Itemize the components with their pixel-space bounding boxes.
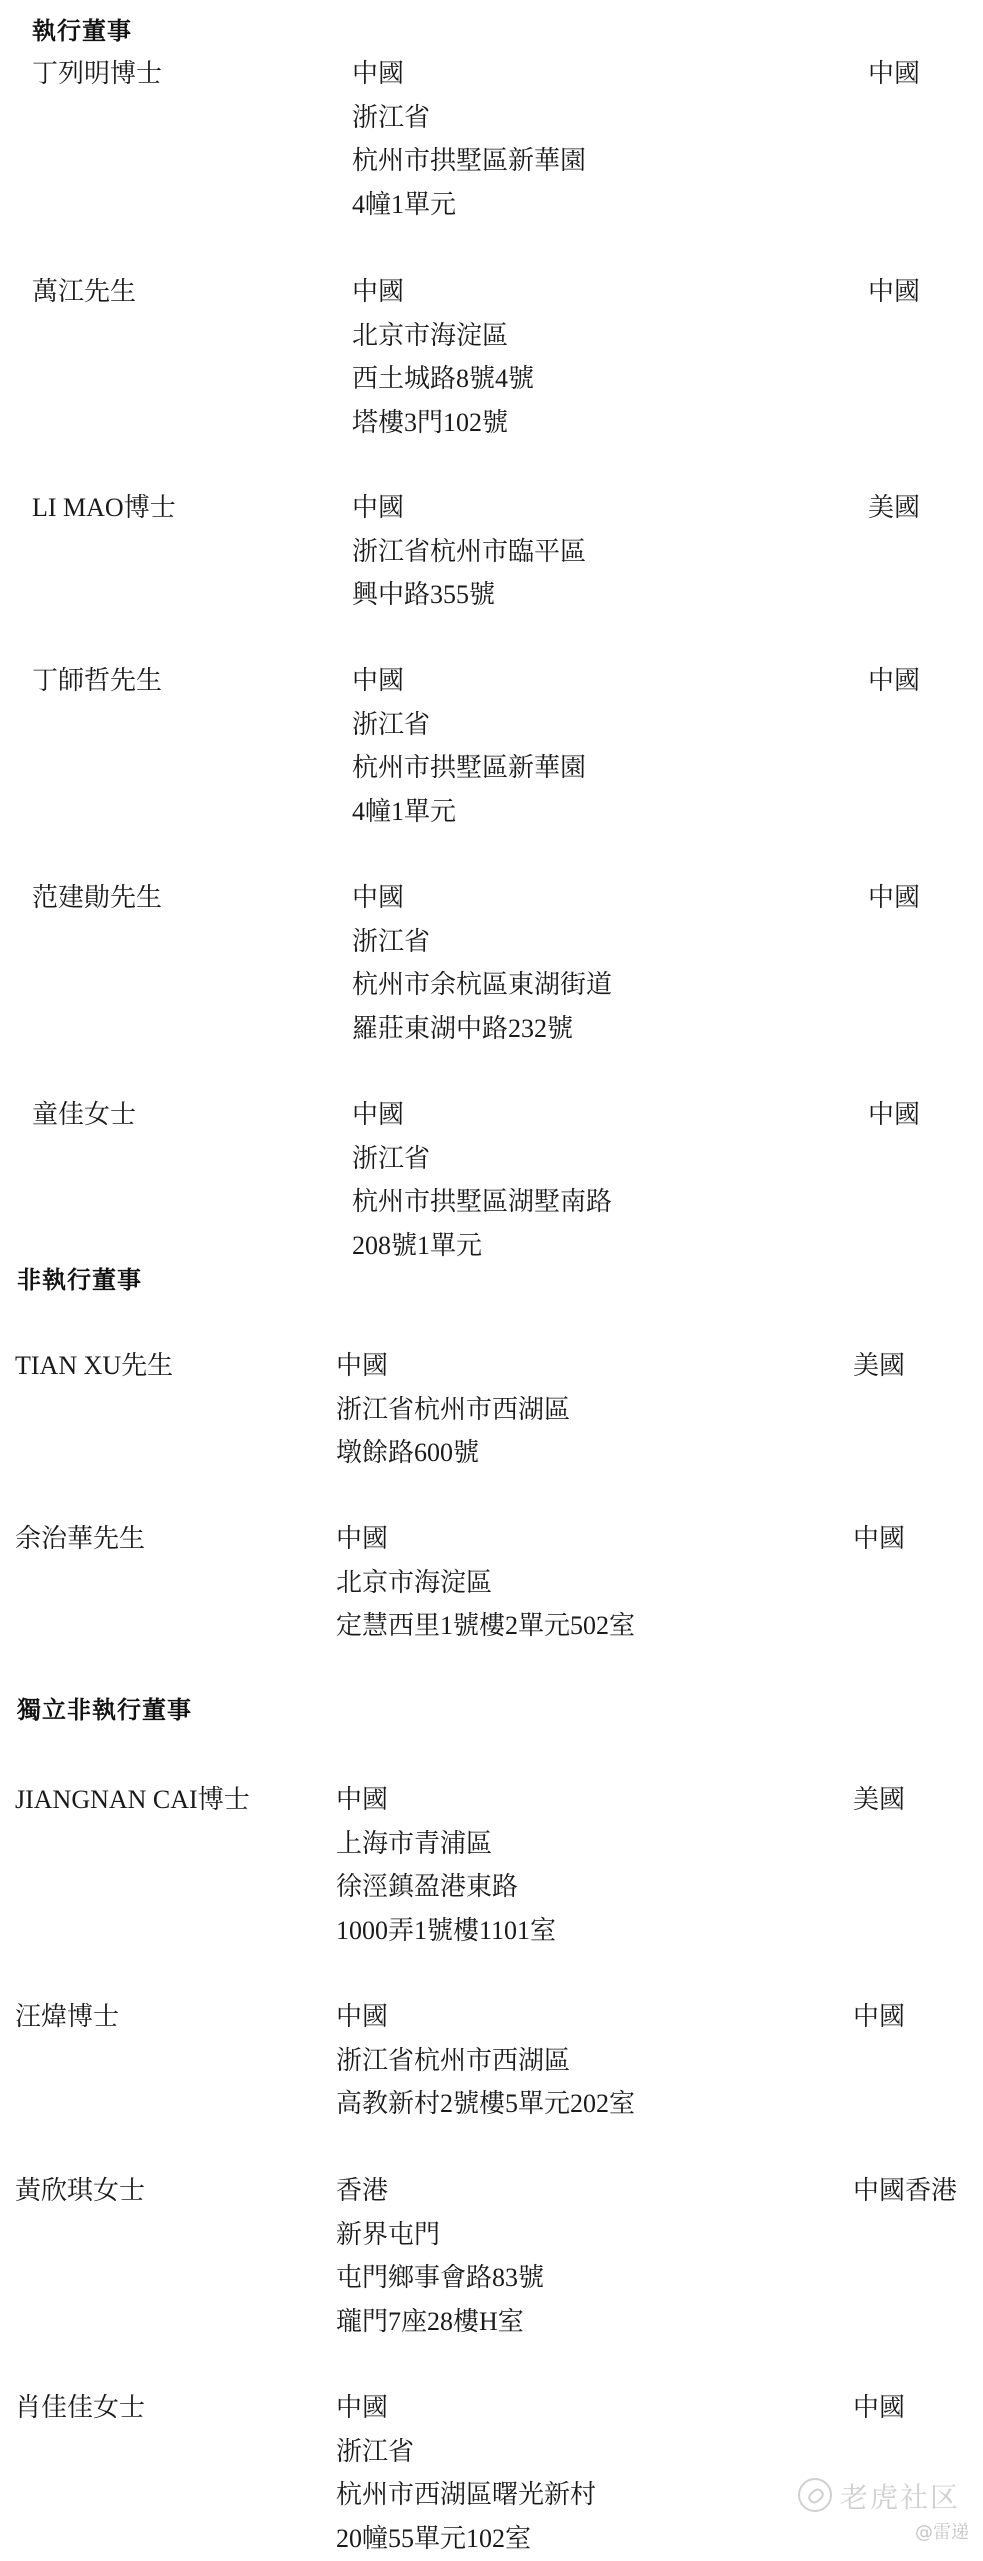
address-line: 4幢1單元 — [352, 790, 586, 834]
section-heading-executive-directors: 執行董事 — [32, 9, 132, 53]
director-name: 范建勛先生 — [32, 876, 162, 920]
director-entry: 汪煒博士 中國 浙江省杭州市西湖區 高教新村2號樓5單元202室 中國 — [0, 1995, 983, 2175]
address-line: 杭州市拱墅區湖墅南路 — [352, 1180, 612, 1224]
address-line: 中國 — [352, 1093, 612, 1137]
address-line: 北京市海淀區 — [352, 314, 534, 358]
address-line: 高教新村2號樓5單元202室 — [336, 2082, 635, 2126]
address-line: 1000弄1號樓1101室 — [336, 1909, 556, 1953]
director-name: 萬江先生 — [32, 270, 136, 314]
address-line: 浙江省 — [336, 2430, 596, 2474]
watermark-text: 老虎社区 — [840, 2476, 960, 2516]
address-line: 20幢55單元102室 — [336, 2517, 596, 2561]
address-line: 西土城路8號4號 — [352, 357, 534, 401]
address-line: 中國 — [352, 659, 586, 703]
address-line: 浙江省 — [352, 1137, 612, 1181]
director-entry: 丁列明博士 中國 浙江省 杭州市拱墅區新華園 4幢1單元 中國 — [0, 52, 983, 232]
director-entry: 萬江先生 中國 北京市海淀區 西土城路8號4號 塔樓3門102號 中國 — [0, 270, 983, 450]
director-name: JIANGNAN CAI博士 — [15, 1778, 250, 1822]
address-line: 中國 — [336, 2386, 596, 2430]
director-entry: 余治華先生 中國 北京市海淀區 定慧西里1號樓2單元502室 中國 — [0, 1517, 983, 1697]
director-entry: TIAN XU先生 中國 浙江省杭州市西湖區 墩餘路600號 美國 — [0, 1344, 983, 1524]
director-name: TIAN XU先生 — [15, 1344, 173, 1388]
director-nationality: 中國 — [868, 876, 920, 920]
address-line: 徐涇鎮盈港東路 — [336, 1865, 556, 1909]
address-line: 北京市海淀區 — [336, 1561, 635, 1605]
address-line: 中國 — [336, 1995, 635, 2039]
director-entry: 童佳女士 中國 浙江省 杭州市拱墅區湖墅南路 208號1單元 中國 — [0, 1093, 983, 1273]
address-line: 瓏門7座28樓H室 — [336, 2300, 544, 2344]
director-nationality: 中國 — [868, 52, 920, 96]
address-line: 中國 — [336, 1344, 570, 1388]
address-line: 杭州市西湖區曙光新村 — [336, 2473, 596, 2517]
director-name: 丁師哲先生 — [32, 659, 162, 703]
director-address: 中國 浙江省杭州市西湖區 高教新村2號樓5單元202室 — [336, 1995, 635, 2126]
director-nationality: 美國 — [853, 1778, 905, 1822]
address-line: 屯門鄉事會路83號 — [336, 2256, 544, 2300]
watermark-author: @雷递 — [915, 2518, 969, 2544]
address-line: 塔樓3門102號 — [352, 401, 534, 445]
address-line: 新界屯門 — [336, 2213, 544, 2257]
address-line: 定慧西里1號樓2單元502室 — [336, 1604, 635, 1648]
director-nationality: 中國 — [853, 1517, 905, 1561]
address-line: 浙江省 — [352, 703, 586, 747]
director-name: 童佳女士 — [32, 1093, 136, 1137]
director-address: 香港 新界屯門 屯門鄉事會路83號 瓏門7座28樓H室 — [336, 2169, 544, 2343]
address-line: 中國 — [352, 486, 586, 530]
director-nationality: 中國 — [868, 1093, 920, 1137]
director-entry: LI MAO博士 中國 浙江省杭州市臨平區 興中路355號 美國 — [0, 486, 983, 666]
address-line: 浙江省 — [352, 96, 586, 140]
director-entry: 丁師哲先生 中國 浙江省 杭州市拱墅區新華園 4幢1單元 中國 — [0, 659, 983, 839]
tiger-community-logo-icon — [798, 2478, 832, 2512]
director-nationality: 中國 — [868, 659, 920, 703]
director-name: LI MAO博士 — [32, 486, 176, 530]
director-nationality: 美國 — [853, 1344, 905, 1388]
director-nationality: 中國香港 — [853, 2169, 957, 2213]
director-name: 丁列明博士 — [32, 52, 162, 96]
director-name: 余治華先生 — [15, 1517, 145, 1561]
director-address: 中國 浙江省杭州市西湖區 墩餘路600號 — [336, 1344, 570, 1475]
address-line: 中國 — [352, 270, 534, 314]
director-address: 中國 浙江省 杭州市拱墅區新華園 4幢1單元 — [352, 659, 586, 833]
director-name: 肖佳佳女士 — [15, 2386, 145, 2430]
address-line: 中國 — [336, 1778, 556, 1822]
director-address: 中國 浙江省 杭州市拱墅區新華園 4幢1單元 — [352, 52, 586, 226]
director-address: 中國 浙江省 杭州市拱墅區湖墅南路 208號1單元 — [352, 1093, 612, 1267]
address-line: 浙江省 — [352, 920, 612, 964]
director-nationality: 中國 — [868, 270, 920, 314]
director-entry: 范建勛先生 中國 浙江省 杭州市余杭區東湖街道 羅莊東湖中路232號 中國 — [0, 876, 983, 1056]
address-line: 中國 — [336, 1517, 635, 1561]
address-line: 興中路355號 — [352, 573, 586, 617]
address-line: 羅莊東湖中路232號 — [352, 1007, 612, 1051]
address-line: 墩餘路600號 — [336, 1431, 570, 1475]
director-address: 中國 上海市青浦區 徐涇鎮盈港東路 1000弄1號樓1101室 — [336, 1778, 556, 1952]
address-line: 杭州市余杭區東湖街道 — [352, 963, 612, 1007]
address-line: 杭州市拱墅區新華園 — [352, 746, 586, 790]
address-line: 208號1單元 — [352, 1224, 612, 1268]
director-address: 中國 浙江省 杭州市余杭區東湖街道 羅莊東湖中路232號 — [352, 876, 612, 1050]
director-address: 中國 北京市海淀區 定慧西里1號樓2單元502室 — [336, 1517, 635, 1648]
director-nationality: 中國 — [853, 1995, 905, 2039]
address-line: 香港 — [336, 2169, 544, 2213]
section-heading-independent-non-executive-directors: 獨立非執行董事 — [17, 1688, 192, 1732]
address-line: 杭州市拱墅區新華園 — [352, 139, 586, 183]
director-name: 汪煒博士 — [15, 1995, 119, 2039]
director-nationality: 中國 — [853, 2386, 905, 2430]
watermark: 老虎社区 @雷递 — [798, 2478, 973, 2558]
address-line: 中國 — [352, 876, 612, 920]
address-line: 浙江省杭州市臨平區 — [352, 530, 586, 574]
director-address: 中國 北京市海淀區 西土城路8號4號 塔樓3門102號 — [352, 270, 534, 444]
address-line: 上海市青浦區 — [336, 1822, 556, 1866]
address-line: 4幢1單元 — [352, 183, 586, 227]
director-entry: 黃欣琪女士 香港 新界屯門 屯門鄉事會路83號 瓏門7座28樓H室 中國香港 — [0, 2169, 983, 2349]
director-address: 中國 浙江省 杭州市西湖區曙光新村 20幢55單元102室 — [336, 2386, 596, 2560]
director-nationality: 美國 — [868, 486, 920, 530]
address-line: 中國 — [352, 52, 586, 96]
section-heading-non-executive-directors: 非執行董事 — [17, 1258, 142, 1302]
address-line: 浙江省杭州市西湖區 — [336, 1388, 570, 1432]
address-line: 浙江省杭州市西湖區 — [336, 2039, 635, 2083]
director-entry: JIANGNAN CAI博士 中國 上海市青浦區 徐涇鎮盈港東路 1000弄1號… — [0, 1778, 983, 1958]
director-name: 黃欣琪女士 — [15, 2169, 145, 2213]
director-address: 中國 浙江省杭州市臨平區 興中路355號 — [352, 486, 586, 617]
